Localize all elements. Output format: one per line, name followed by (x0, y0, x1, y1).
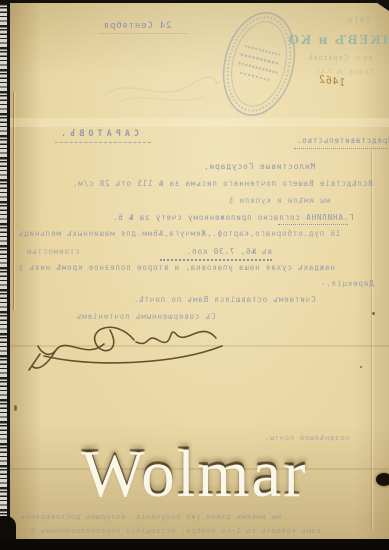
handwritten-signature (26, 316, 226, 372)
oval-stamp (213, 6, 305, 122)
archive-watermark: Wolmar (0, 441, 389, 508)
letterhead-subline: въ г. Саратовѣ. (305, 54, 372, 62)
body-line: 16 пуд.отборнаго,картоф.,Жемчуга,№6мм.дл… (18, 229, 340, 238)
date-line: 24 Сентября (103, 21, 171, 31)
scanned-letter-photo: ЗАНКЕВЪ и КО въ г. Саратовѣ. Телеф. № 7-… (0, 0, 389, 550)
photo-border (0, 0, 389, 3)
city-line: САРАТОВЪ. (57, 129, 139, 139)
bleedthrough-line: мы имѣемъ давно уже полученія, которымъ … (20, 513, 281, 521)
department-line: Представительство. (296, 136, 389, 145)
body-line: мы имѣли и купили § (228, 196, 330, 205)
paper-speck (372, 312, 375, 315)
paper-hole (376, 473, 389, 486)
paper-crease (8, 118, 389, 127)
fold-line (13, 92, 14, 310)
letterhead-flourish (100, 70, 220, 110)
body-line: Вслѣдствіе Вашего почтеннаго письма за №… (72, 179, 373, 188)
city-underline (55, 142, 151, 143)
letterhead-year: 1916 (347, 16, 371, 25)
paper-speck (14, 405, 17, 411)
body-line: Дирекція.- (320, 279, 374, 288)
salutation: Милостивые Государи, (203, 162, 315, 171)
body-line: наждакъ сухая наша упаковка, и второе по… (18, 263, 335, 272)
body-fragment: стоимостью (26, 247, 80, 256)
bleedthrough-line: дамъ кредитъ съ 1-го ноября, остающійся … (30, 527, 321, 535)
body-fragment: въ №6, 7.30 коп. (186, 247, 272, 256)
photo-border (0, 539, 389, 550)
department-underline (294, 148, 388, 149)
paper-speck (360, 366, 362, 368)
date-underline (100, 33, 188, 34)
body-line: Считаемъ оставшіяся Вамъ по почтѣ. (133, 295, 316, 304)
body-underline (278, 224, 348, 225)
price-underline (160, 259, 272, 261)
body-line: Г.АНИЛИНА согласно приложенному счету за… (112, 213, 354, 222)
